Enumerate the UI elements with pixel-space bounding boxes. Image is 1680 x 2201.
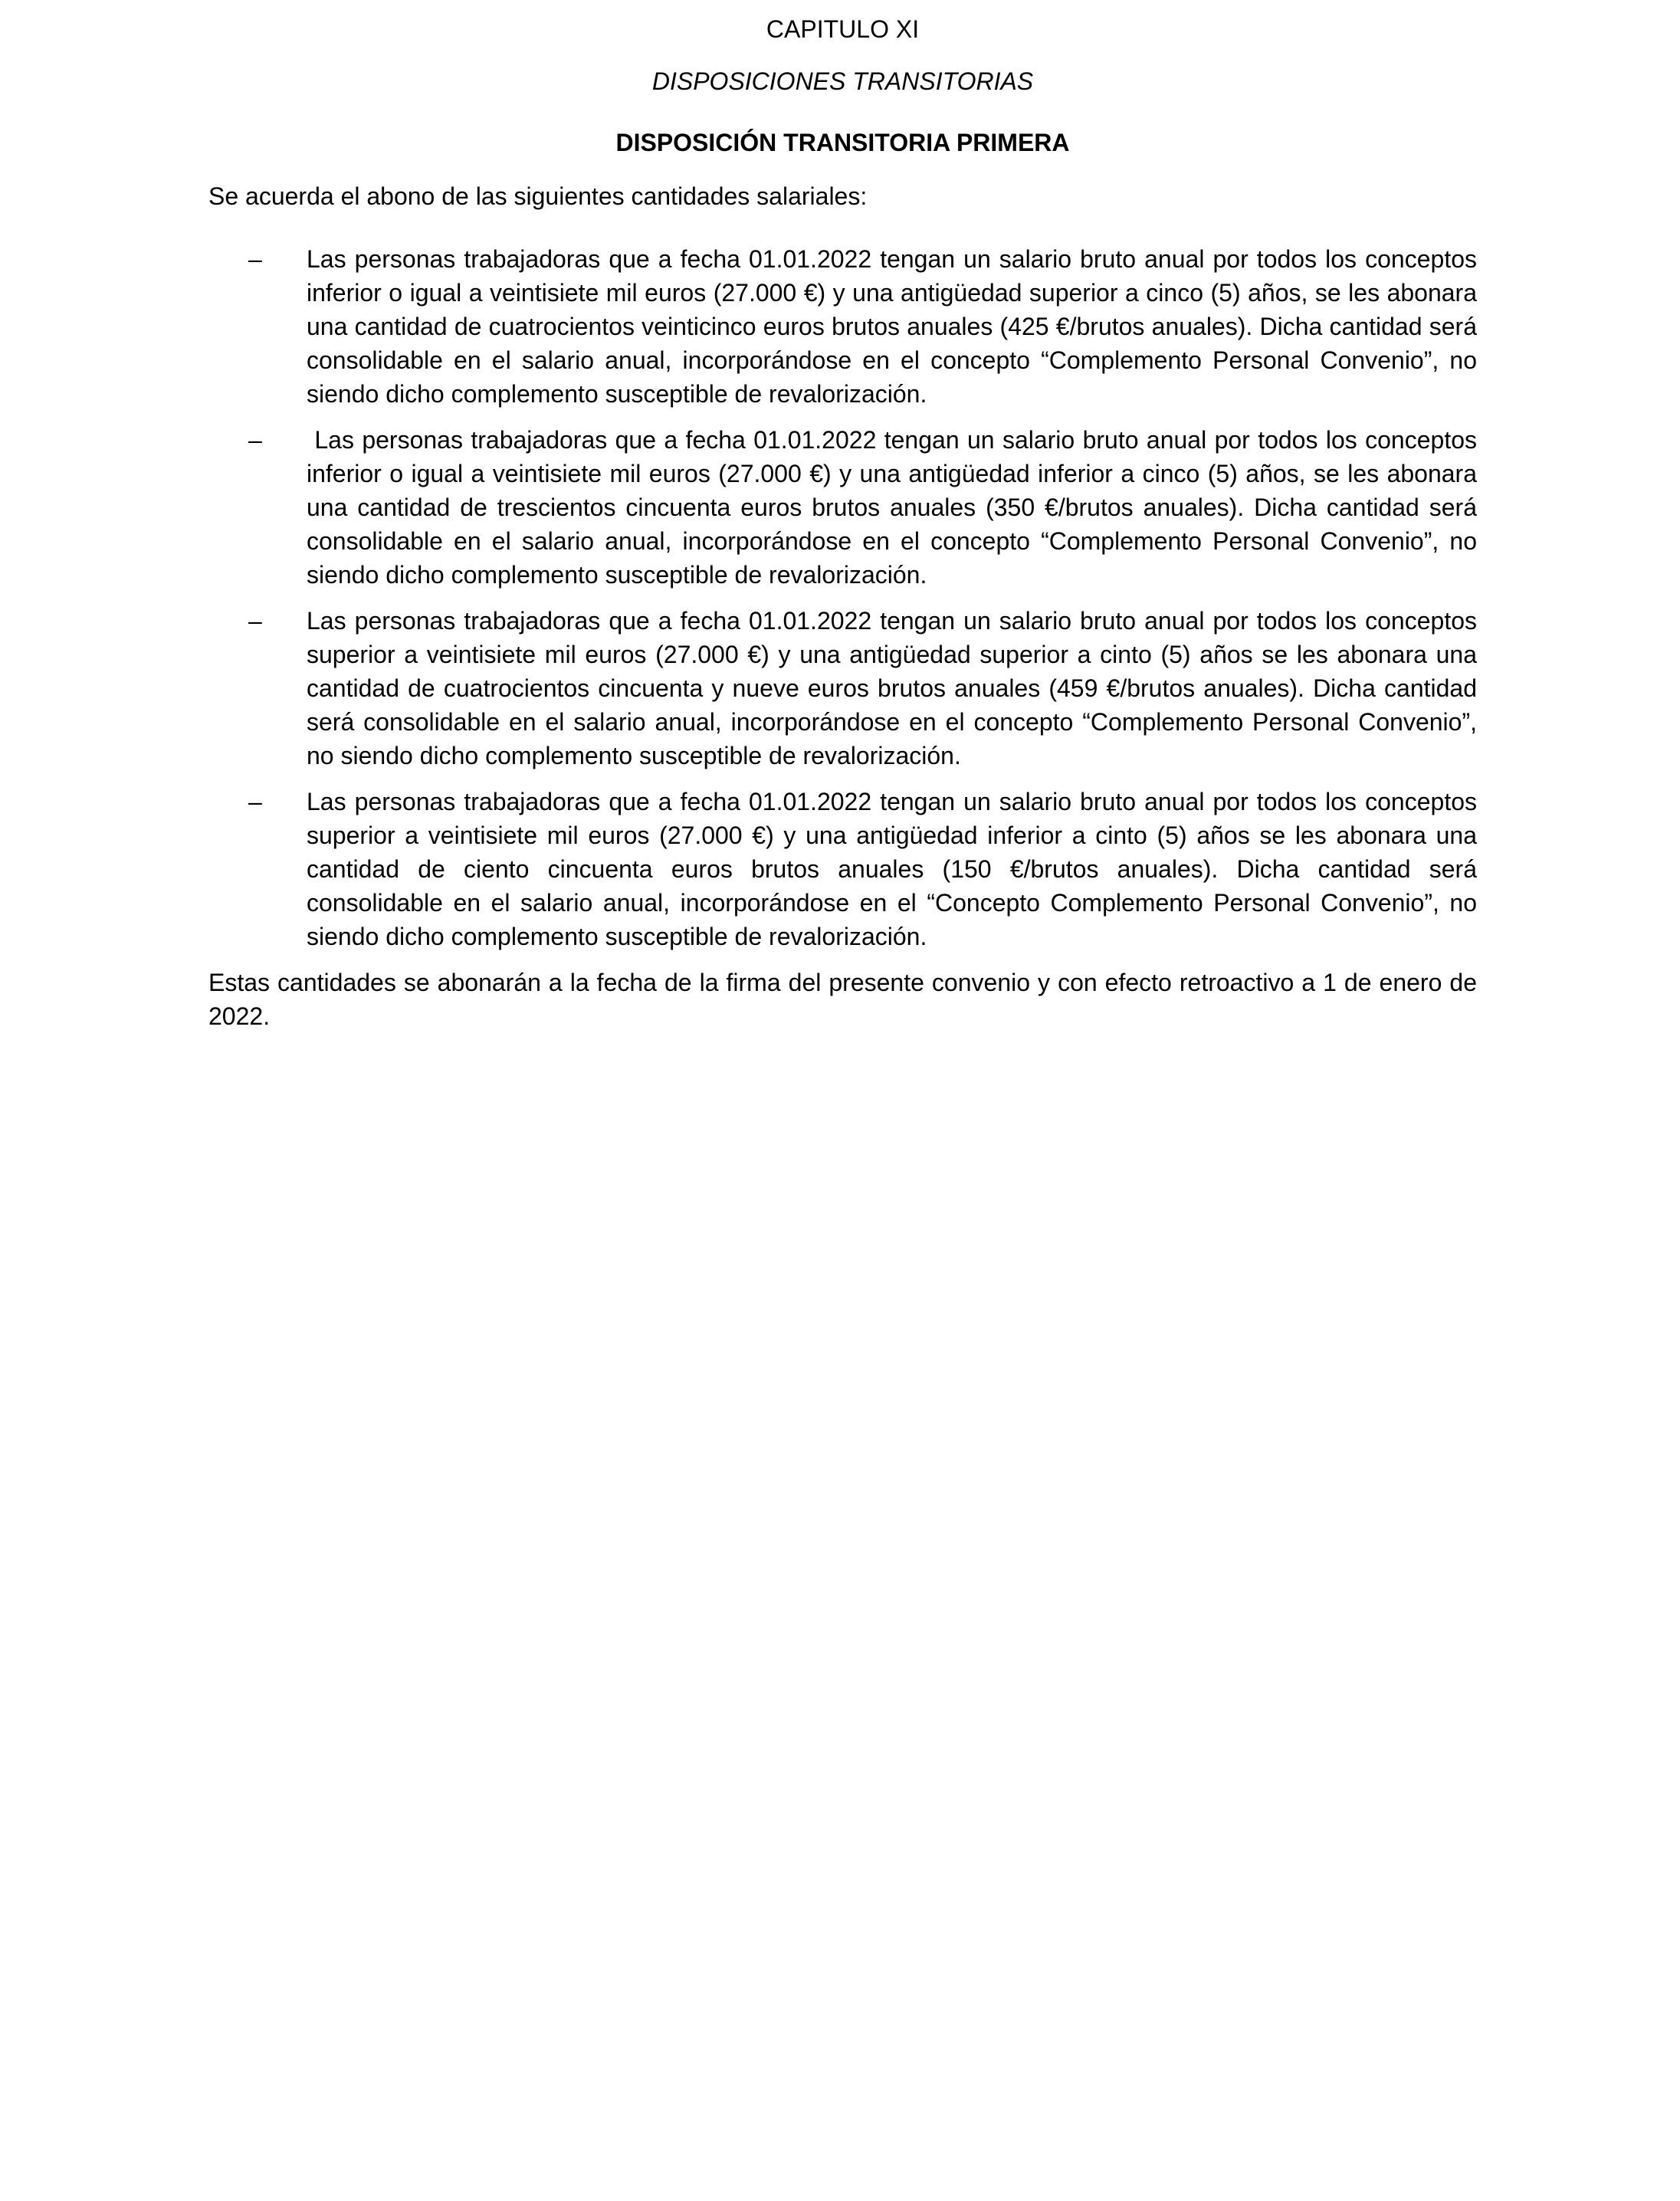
document-page: CAPITULO XI DISPOSICIONES TRANSITORIAS D…	[0, 0, 1680, 2201]
bullet-dash: –	[248, 423, 262, 457]
bullet-text: Las personas trabajadoras que a fecha 01…	[307, 423, 1477, 592]
closing-paragraph: Estas cantidades se abonarán a la fecha …	[208, 966, 1477, 1033]
intro-paragraph: Se acuerda el abono de las siguientes ca…	[208, 179, 1477, 213]
bullet-list: – Las personas trabajadoras que a fecha …	[208, 242, 1477, 953]
bullet-item: – Las personas trabajadoras que a fecha …	[208, 423, 1477, 592]
bullet-text: Las personas trabajadoras que a fecha 01…	[307, 604, 1477, 772]
chapter-title: CAPITULO XI	[208, 12, 1477, 46]
bullet-text: Las personas trabajadoras que a fecha 01…	[307, 242, 1477, 411]
bullet-dash: –	[248, 785, 262, 818]
bullet-item: – Las personas trabajadoras que a fecha …	[208, 242, 1477, 411]
bullet-item: – Las personas trabajadoras que a fecha …	[208, 785, 1477, 953]
bullet-item: – Las personas trabajadoras que a fecha …	[208, 604, 1477, 772]
chapter-subtitle: DISPOSICIONES TRANSITORIAS	[208, 64, 1477, 98]
section-heading: DISPOSICIÓN TRANSITORIA PRIMERA	[208, 126, 1477, 159]
bullet-text: Las personas trabajadoras que a fecha 01…	[307, 785, 1477, 953]
bullet-dash: –	[248, 242, 262, 276]
bullet-dash: –	[248, 604, 262, 638]
